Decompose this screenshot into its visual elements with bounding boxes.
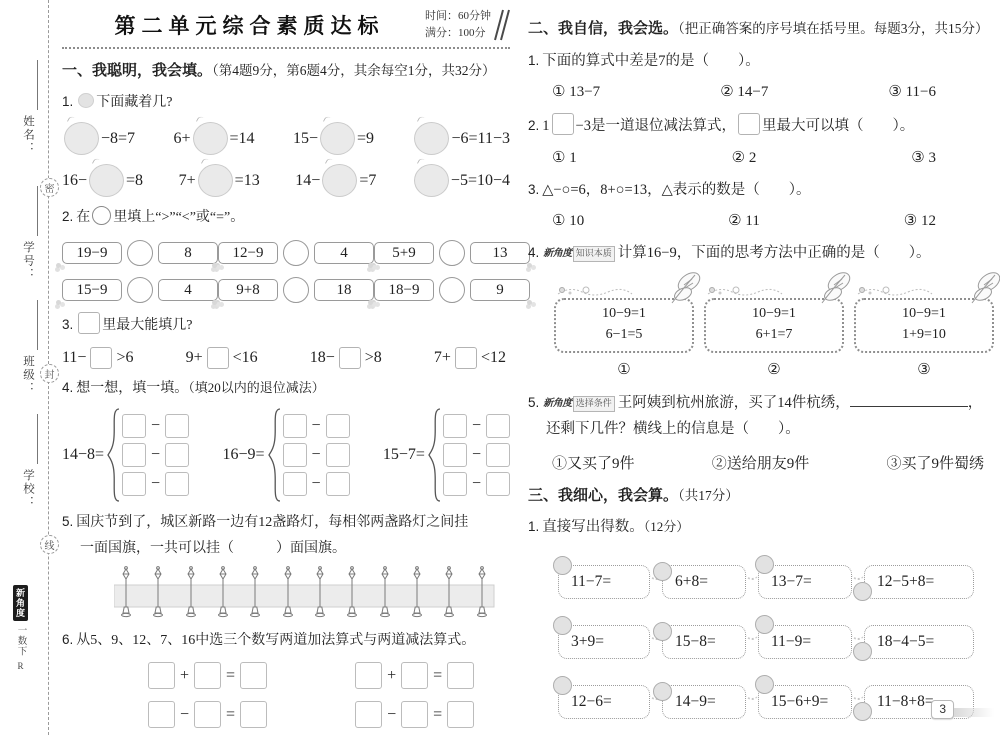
left-margin: 姓名： 密 学号： 班级： 封 学校： 线 新角度 一数下 R [0,0,56,735]
s2-q2-options: ① 1 ② 2 ③ 3 [528,148,994,167]
method-line2: 1+9=10 [856,324,992,346]
write-equation: += [355,662,474,689]
school-blank-line [37,414,38,464]
choice-label: ③ [854,360,994,379]
answer-box [486,443,510,467]
equals-op: = [226,706,235,724]
compare-right: 4 [158,279,218,301]
s2-q3-label: 3.△−○=6，8+○=13，△表示的数是（ ）。 [528,179,994,201]
equals-op: = [433,706,442,724]
name-field: 姓名： [20,60,36,156]
equation-item: 14−=7 [295,164,376,197]
section2-heading: 二、我自信，我会选。（把正确答案的序号填在括号里。每题3分，共15分） [528,18,994,41]
q-text: 计算16−9，下面的思考方法中正确的是（ ）。 [618,245,931,261]
minus-op: − [312,475,321,493]
compare-left: 15−9 [62,279,122,301]
expr-post: <16 [233,349,258,367]
option: ① 13−7 [552,82,600,101]
section3-note: （共17分） [678,488,739,503]
calc-box: 11−7= [558,565,650,599]
expr-post: >8 [365,349,382,367]
s2-q5-label: 5.新角度选择条件王阿姨到杭州旅游，买了14件杭绣，， [528,392,994,414]
s1-q4-row: 14−8= − − − 16−9= − − − 15−7= [62,407,510,503]
q-text: △−○=6，8+○=13，△表示的数是（ ）。 [542,182,810,198]
left-column: 第二单元综合素质达标 时间：60分钟 满分：100分 一、我聪明，我会填。（第4… [62,8,510,728]
page-number-block: 3 [931,700,994,719]
decompose-group: 14−8= − − − [62,407,189,503]
dot-doodle-icon [653,682,672,701]
calc-box: 14−9= [662,685,746,719]
s1-q6-label: 6.从5、9、12、7、16中选三个数写两道加法算式与两道减法算式。 [62,630,510,652]
answer-box [455,347,477,369]
compare-left: 9+8 [218,279,278,301]
hidden-number-circle [414,164,449,197]
calc-expr: 11−8+8= [877,693,934,711]
method-cell: 10−9=1 1+9=10 [854,298,994,353]
answer-box [326,443,350,467]
answer-box [148,701,175,728]
expr-post: =7 [359,172,376,190]
q-text: 想一想，填一填。 [76,381,188,396]
group-cells: − − − [122,414,189,496]
s1-q3-label: 3.里最大能填几? [62,312,510,337]
section1-heading: 一、我聪明，我会填。（第4题9分，第6题4分，其余每空1分，共32分） [62,60,510,83]
s1-q1-row1: −8=7 6+=14 15−=9 −6=11−3 [62,122,510,155]
answer-box [283,414,307,438]
minus-op: − [151,475,160,493]
answer-box [122,414,146,438]
s3-calc-row2: 3+9= 15−8= 11−9= 18−4−5= [558,625,994,659]
dot-doodle-icon [755,555,774,574]
expr-pre: 18− [310,349,335,367]
compare-left: 18−9 [374,279,434,301]
student-no-blank-line [37,186,38,236]
answer-box [401,662,428,689]
equation-item: 9+<16 [186,347,258,369]
minus-op: − [312,417,321,435]
choice-label: ② [704,360,844,379]
s1-q1-row2: 16−=8 7+=13 14−=7 −5=10−4 [62,164,510,197]
comparison-item: 12−94 [218,240,374,266]
answer-box [443,443,467,467]
s2-q5-line2: 还剩下几件？横线上的信息是（ ）。 [546,418,994,441]
section1-title: 一、我聪明，我会填。 [62,62,212,79]
q-num: 5. [62,514,73,529]
method-cell: 10−9=1 6+1=7 [704,298,844,353]
q6-column: += −= [355,662,474,728]
brand-edition: R [17,661,23,671]
calc-expr: 14−9= [675,693,716,711]
calc-expr: 15−6+9= [771,693,828,711]
answer-box [78,312,100,334]
decompose-cell: − [122,472,189,496]
q-num: 3. [62,317,73,332]
comparison-item: 9+818 [218,277,374,303]
option: ① 1 [552,148,577,167]
expr-post: =13 [235,172,260,190]
calc-box: 12−5+8= [864,565,974,599]
answer-box [207,347,229,369]
vine-doodle-icon [856,284,934,298]
seal-char-xian: 线 [40,535,59,554]
decompose-cell: − [283,414,350,438]
badge-tag: 知识本质 [573,246,615,262]
expr-post: −5=10−4 [451,172,510,190]
section1-note: （第4题9分，第6题4分，其余每空1分，共32分） [212,63,496,78]
circle-outline-icon [92,206,111,225]
s2-q3-options: ① 10 ② 11 ③ 12 [528,211,994,230]
hidden-number-circle [322,164,357,197]
q-note: （填20以内的退位减法） [188,380,325,395]
answer-box [165,414,189,438]
expr-pre: 9+ [186,349,203,367]
option: ③买了9件蜀绣 [886,452,984,473]
answer-box [165,443,189,467]
minus-op: − [180,706,189,724]
answer-box [122,443,146,467]
dot-doodle-icon [853,642,872,661]
right-column: 二、我自信，我会选。（把正确答案的序号填在括号里。每题3分，共15分） 1.下面… [528,18,994,719]
minus-op: − [472,475,481,493]
s2-q4-method-boxes: 10−9=1 6−1=5 10−9=1 6+1=7 10−9=1 1+9=10 [528,298,994,353]
minus-op: − [151,446,160,464]
compare-circle-blank [127,240,153,266]
calc-box: 18−4−5= [864,625,974,659]
hidden-number-circle [198,164,233,197]
compare-left: 19−9 [62,242,122,264]
s1-q3-row: 11−>6 9+<16 18−>8 7+<12 [62,347,510,369]
compare-circle-blank [127,277,153,303]
answer-box [447,662,474,689]
option: ② 11 [728,211,760,230]
student-no-field-label: 学号： [20,241,36,282]
title-row: 第二单元综合素质达标 时间：60分钟 满分：100分 [62,8,510,49]
s1-q1-label: 1.下面藏着几? [62,92,510,114]
brand-logo: 新角度 [13,585,28,621]
brace-icon [268,407,281,503]
dot-doodle-icon [553,676,572,695]
connector-doodle [852,629,864,640]
answer-box [240,662,267,689]
dot-doodle-icon [553,556,572,575]
page-number: 3 [931,700,954,719]
group-cells: − − − [283,414,350,496]
equation-item: 16−=8 [62,164,143,197]
s1-q4-label: 4.想一想，填一填。（填20以内的退位减法） [62,378,510,400]
equation-item: 7+=13 [179,164,260,197]
s2-q4-box-labels: ① ② ③ [528,360,994,379]
equation-item: 18−>8 [310,347,382,369]
group-cells: − − − [443,414,510,496]
expr-post: −6=11−3 [451,130,509,148]
hidden-number-circle [414,122,449,155]
q-text: 国庆节到了，城区新路一边有12盏路灯，每相邻两盏路灯之间挂 [76,515,468,530]
choice-label: ① [554,360,694,379]
compare-left: 12−9 [218,242,278,264]
compare-circle-blank [283,277,309,303]
q-num: 4. [528,245,539,260]
method-line2: 6−1=5 [556,324,692,346]
equals-op: = [226,667,235,685]
slash-marks-icon [493,9,510,41]
expr-pre: 7+ [179,172,196,190]
answer-box [552,113,574,135]
group-label: 15−7= [383,446,425,464]
s2-q1-options: ① 13−7 ② 14−7 ③ 11−6 [528,82,994,101]
minus-op: − [387,706,396,724]
q-num: 2. [528,118,539,133]
s2-q2-label: 2.1−3是一道退位减法算式，里最大可以填（ ）。 [528,113,994,137]
badge-brand: 新角度 [543,396,572,412]
expr-post: =14 [230,130,255,148]
hidden-number-circle [89,164,124,197]
s3-calc-row1: 11−7= 6+8= 13−7= 12−5+8= [558,565,994,599]
q-text: 里最大能填几? [102,318,192,333]
hidden-number-circle [193,122,228,155]
answer-box [194,701,221,728]
badge-tag: 选择条件 [573,396,615,412]
q-text: 里最大可以填（ ）。 [762,118,914,134]
comparison-item: 5+913 [374,240,530,266]
badge-brand: 新角度 [543,246,572,262]
equation-item: −5=10−4 [412,164,510,197]
minus-op: − [151,417,160,435]
q-num: 2. [62,209,73,224]
q-num: 3. [528,182,539,197]
section3-heading: 三、我细心，我会算。（共17分） [528,485,994,508]
option: ③ 3 [911,148,936,167]
q-num: 6. [62,632,73,647]
q6-column: += −= [148,662,267,728]
dot-doodle-icon [553,616,572,635]
equation-item: −8=7 [62,122,135,155]
expr-pre: 14− [295,172,320,190]
calc-expr: 13−7= [771,573,812,591]
equation-item: 7+<12 [434,347,506,369]
feature-badge: 新角度知识本质 [543,246,615,262]
calc-expr: 11−9= [771,633,811,651]
s1-q2-row2: 15−94 9+818 18−99 [62,277,510,303]
calc-box: 13−7= [758,565,852,599]
s2-q5-options: ①又买了9件 ②送给朋友9件 ③买了9件蜀绣 [528,452,994,473]
expr-pre: 11− [62,349,86,367]
connector-doodle [852,569,864,580]
write-equation: += [148,662,267,689]
equals-op: = [433,667,442,685]
comparison-item: 15−94 [62,277,218,303]
answer-box [122,472,146,496]
butterfly-icon [960,272,1000,308]
answer-box [486,472,510,496]
hidden-number-circle [64,122,99,155]
minus-op: − [312,446,321,464]
q-text: 从5、9、12、7、16中选三个数写两道加法算式与两道减法算式。 [76,633,475,648]
school-field: 学校： [20,414,36,510]
street-lamps-illustration [114,565,510,621]
answer-box [401,701,428,728]
class-field: 班级： [20,300,36,396]
answer-box [90,347,112,369]
q-text: 下面藏着几? [96,95,172,110]
option: ②送给朋友9件 [712,452,810,473]
seal-char-mi: 密 [40,178,59,197]
expr-post: <12 [481,349,506,367]
class-field-label: 班级： [20,355,36,396]
method-line2: 6+1=7 [706,324,842,346]
worksheet-page: 姓名： 密 学号： 班级： 封 学校： 线 新角度 一数下 R 第二单元综合素质… [0,0,1000,735]
connector-doodle [852,689,864,700]
write-equation: −= [355,701,474,728]
minus-op: − [472,417,481,435]
comparison-item: 19−98 [62,240,218,266]
calc-box: 3+9= [558,625,650,659]
decompose-cell: − [443,443,510,467]
calc-box: 15−6+9= [758,685,852,719]
compare-left: 5+9 [374,242,434,264]
dot-doodle-icon [653,562,672,581]
s1-q2-row1: 19−98 12−94 5+913 [62,240,510,266]
calc-expr: 11−7= [571,573,611,591]
calc-box: 6+8= [662,565,746,599]
decompose-cell: − [443,414,510,438]
s2-q4-label: 4.新角度知识本质计算16−9，下面的思考方法中正确的是（ ）。 [528,242,994,264]
connector-doodle [746,629,758,640]
section3-title: 三、我细心，我会算。 [528,487,678,504]
answer-box [339,347,361,369]
page-number-tail [952,708,994,717]
answer-box [443,472,467,496]
q-text: 王阿姨到杭州旅游，买了14件杭绣， [618,395,850,411]
decompose-group: 15−7= − − − [383,407,510,503]
s1-q5-line2: 一面国旗，一共可以挂（ ）面国旗。 [80,538,510,560]
answer-box [326,472,350,496]
q-num: 5. [528,395,539,410]
equation-item: 11−>6 [62,347,133,369]
q-num: 1. [528,53,539,68]
section2-title: 二、我自信，我会选。 [528,20,678,37]
equation-item: −6=11−3 [412,122,509,155]
equation-item: 6+=14 [173,122,254,155]
expr-pre: 16− [62,172,87,190]
s1-q2-label: 2.在里填上“>”“<”或“=”。 [62,206,510,229]
s3-q1-label: 1.直接写出得数。（12分） [528,516,994,538]
q-text: 在 [76,210,90,225]
connector-doodle [746,569,758,580]
hidden-number-circle [320,122,355,155]
decompose-cell: − [443,472,510,496]
connector-doodle [746,689,758,700]
decompose-group: 16−9= − − − [222,407,349,503]
dot-doodle-icon [653,622,672,641]
dot-doodle-icon [755,675,774,694]
butterfly-icon [810,272,854,308]
option: ① 10 [552,211,584,230]
school-field-label: 学校： [20,469,36,510]
s1-q6-grid: += −= += −= [148,662,510,728]
q-text: −3是一道退位减法算式， [576,118,736,134]
answer-box [283,443,307,467]
name-field-label: 姓名： [20,115,36,156]
decompose-cell: − [283,472,350,496]
dot-doodle-icon [755,615,774,634]
expr-post: =9 [357,130,374,148]
option: ② 14−7 [720,82,768,101]
time-limit: 时间：60分钟 [425,8,491,25]
calc-expr: 12−5+8= [877,573,934,591]
plus-op: + [180,667,189,685]
q-text: 里填上“>”“<”或“=”。 [113,210,244,225]
page-title: 第二单元综合素质达标 [62,10,425,40]
q-num: 4. [62,380,73,395]
seal-char-feng: 封 [40,364,59,383]
time-score-block: 时间：60分钟 满分：100分 [425,8,491,42]
expr-pre: 15− [293,130,318,148]
vine-doodle-icon [706,284,784,298]
compare-circle-blank [439,277,465,303]
butterfly-icon [660,272,704,308]
section2-note: （把正确答案的序号填在括号里。每题3分，共15分） [678,21,989,36]
minus-op: − [472,446,481,464]
answer-box [486,414,510,438]
q-text: ， [968,395,983,411]
answer-box [148,662,175,689]
calc-expr: 12−6= [571,693,612,711]
compare-right: 8 [158,242,218,264]
q-note: （12分） [644,519,690,534]
decompose-cell: − [122,443,189,467]
calc-expr: 3+9= [571,633,604,651]
calc-box: 11−9= [758,625,852,659]
q-text: 直接写出得数。 [542,519,644,535]
fill-blank-line [850,393,968,407]
s1-q5-label: 5.国庆节到了，城区新路一边有12盏路灯，每相邻两盏路灯之间挂 [62,512,510,534]
option: ③ 12 [904,211,936,230]
compare-right: 13 [470,242,530,264]
option: ①又买了9件 [552,452,635,473]
brand-series: 一数下 [14,625,28,657]
s2-q1-label: 1.下面的算式中差是7的是（ ）。 [528,50,994,72]
vine-doodle-icon [556,284,634,298]
expr-post: =8 [126,172,143,190]
expr-post: −8=7 [101,130,135,148]
gray-circle-icon [78,93,94,108]
equation-item: 15−=9 [293,122,374,155]
brand-mark: 新角度 一数下 R [13,585,28,671]
plus-op: + [387,667,396,685]
group-label: 16−9= [222,446,264,464]
q-num: 1. [62,94,73,109]
decompose-cell: − [283,443,350,467]
q-text: 1 [542,118,549,134]
q-num: 1. [528,519,539,534]
decompose-cell: − [122,414,189,438]
expr-post: >6 [116,349,133,367]
answer-box [355,662,382,689]
feature-badge: 新角度选择条件 [543,396,615,412]
expr-pre: 7+ [434,349,451,367]
compare-circle-blank [439,240,465,266]
calc-box: 15−8= [662,625,746,659]
name-blank-line [37,60,38,110]
dot-doodle-icon [853,582,872,601]
q-text: 下面的算式中差是7的是（ ）。 [542,53,760,69]
comparison-item: 18−99 [374,277,530,303]
method-cell: 10−9=1 6−1=5 [554,298,694,353]
s3-calc-row3: 12−6= 14−9= 15−6+9= 11−8+8= [558,685,994,719]
brace-icon [428,407,441,503]
brace-icon [107,407,120,503]
answer-box [355,701,382,728]
